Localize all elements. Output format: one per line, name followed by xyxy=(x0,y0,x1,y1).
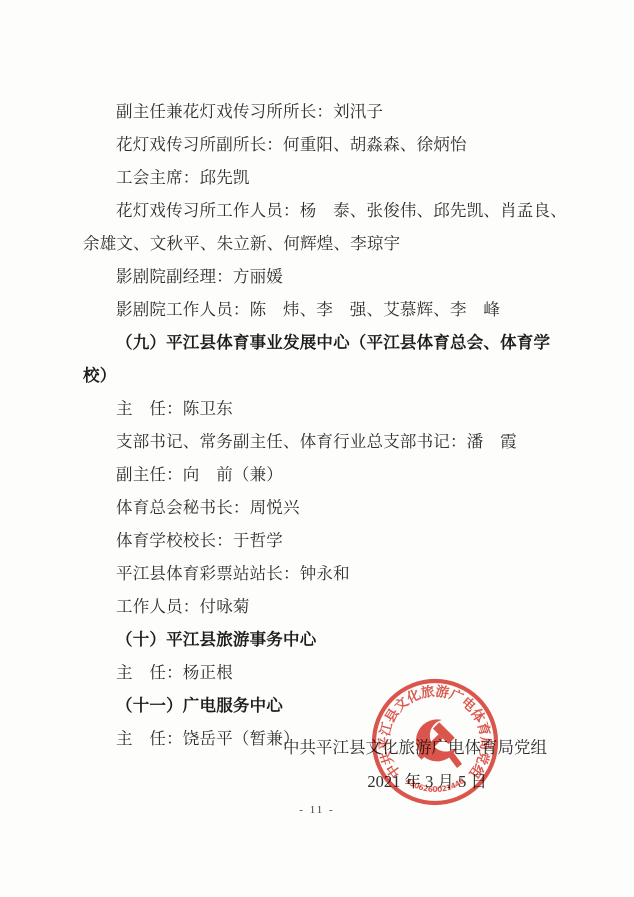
document-line: 主 任：陈卫东 xyxy=(83,392,567,425)
document-line: 体育总会秘书长：周悦兴 xyxy=(83,491,567,524)
svg-text:局: 局 xyxy=(478,737,493,751)
svg-text:平: 平 xyxy=(376,736,392,750)
document-line: 支部书记、常务副主任、体育行业总支部书记：潘 霞 xyxy=(83,425,567,458)
document-line: 工作人员：付咏菊 xyxy=(83,590,567,623)
document-line: 余雄文、文秋平、朱立新、何辉煌、李琼宇 xyxy=(83,227,567,260)
document-line: 副主任：向 前（兼） xyxy=(83,458,567,491)
document-line: 校） xyxy=(83,359,567,392)
seal-code-number: 4306260021440 xyxy=(404,776,466,794)
official-seal: 中共平江县文化旅游广电体育局党组 4306260021440 xyxy=(350,657,520,827)
document-line: （九）平江县体育事业发展中心（平江县体育总会、体育学 xyxy=(83,326,567,359)
document-line: （十）平江县旅游事务中心 xyxy=(83,623,567,656)
document-line: 影剧院副经理：方丽媛 xyxy=(83,260,567,293)
page-number: - 11 - xyxy=(0,804,634,816)
document-line: 体育学校校长：于哲学 xyxy=(83,524,567,557)
document-line: 工会主席：邱先凯 xyxy=(83,161,567,194)
document-line: 花灯戏传习所工作人员：杨 泰、张俊伟、邱先凯、肖孟良、 xyxy=(83,194,567,227)
document-body: 副主任兼花灯戏传习所所长：刘汛子花灯戏传习所副所长：何重阳、胡淼森、徐炳怡工会主… xyxy=(83,95,567,755)
hammer-sickle-icon xyxy=(412,719,462,768)
document-line: 花灯戏传习所副所长：何重阳、胡淼森、徐炳怡 xyxy=(83,128,567,161)
document-page: 副主任兼花灯戏传习所所长：刘汛子花灯戏传习所副所长：何重阳、胡淼森、徐炳怡工会主… xyxy=(0,0,634,897)
document-line: 副主任兼花灯戏传习所所长：刘汛子 xyxy=(83,95,567,128)
svg-text:旅: 旅 xyxy=(420,683,436,701)
document-line: 平江县体育彩票站站长：钟永和 xyxy=(83,557,567,590)
document-line: 影剧院工作人员：陈 炜、李 强、艾慕辉、李 峰 xyxy=(83,293,567,326)
